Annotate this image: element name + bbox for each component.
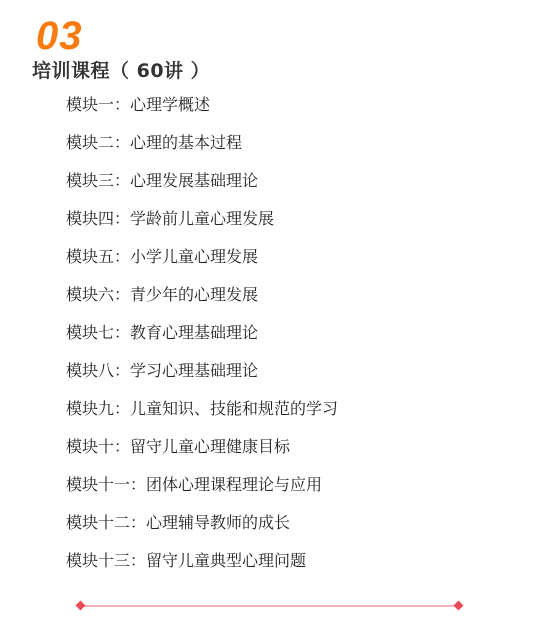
module-item-9: 模块九：儿童知识、技能和规范的学习 bbox=[66, 397, 338, 435]
module-item-8: 模块八：学习心理基础理论 bbox=[66, 359, 338, 397]
diamond-right-icon bbox=[454, 601, 464, 611]
module-item-11: 模块十一：团体心理课程理论与应用 bbox=[66, 473, 338, 511]
module-item-2: 模块二：心理的基本过程 bbox=[66, 131, 338, 169]
module-item-12: 模块十二：心理辅导教师的成长 bbox=[66, 511, 338, 549]
module-item-6: 模块六：青少年的心理发展 bbox=[66, 283, 338, 321]
module-item-10: 模块十：留守儿童心理健康目标 bbox=[66, 435, 338, 473]
section-number: 03 bbox=[36, 12, 83, 60]
module-item-7: 模块七：教育心理基础理论 bbox=[66, 321, 338, 359]
module-item-13: 模块十三：留守儿童典型心理问题 bbox=[66, 549, 338, 587]
module-item-4: 模块四：学龄前儿童心理发展 bbox=[66, 207, 338, 245]
divider-line bbox=[78, 605, 460, 607]
diamond-left-icon bbox=[76, 601, 86, 611]
module-item-1: 模块一：心理学概述 bbox=[66, 93, 338, 131]
module-item-3: 模块三：心理发展基础理论 bbox=[66, 169, 338, 207]
section-title: 培训课程（ 60讲 ） bbox=[32, 58, 210, 84]
module-list: 模块一：心理学概述 模块二：心理的基本过程 模块三：心理发展基础理论 模块四：学… bbox=[66, 93, 338, 587]
module-item-5: 模块五：小学儿童心理发展 bbox=[66, 245, 338, 283]
